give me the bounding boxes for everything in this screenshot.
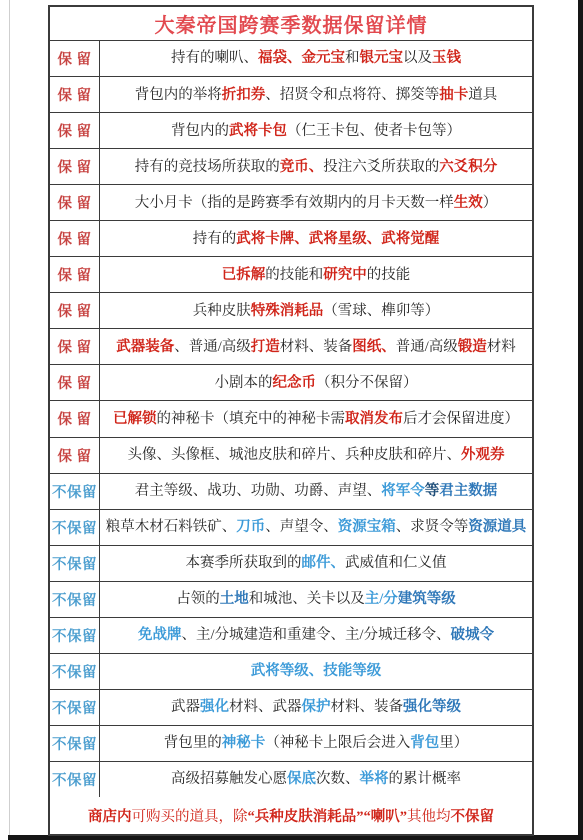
text-segment: 武将等级、技能等级: [251, 662, 382, 680]
text-segment: 本赛季所获取到的: [186, 554, 302, 572]
text-segment: （神秘卡上限后会进入: [265, 734, 410, 752]
retention-label-keep: 保 留: [50, 438, 100, 473]
text-segment: 以及: [403, 49, 432, 67]
table-row: 保 留背包内的举将折扣券、招贤令和点将符、掷筊等抽卡道具: [50, 77, 532, 113]
text-segment: 和城池、关卡以及: [249, 590, 365, 608]
row-description: 君主等级、战功、功勋、功爵、声望、将军令等君主数据: [100, 474, 532, 509]
row-description: 粮草木材石料铁矿、刀币、声望令、资源宝箱、求贤令等资源道具: [100, 510, 532, 545]
table-row: 不保留本赛季所获取到的邮件、武威值和仁义值: [50, 546, 532, 582]
text-segment: 六爻积分: [439, 158, 497, 176]
retention-label-not-keep: 不保留: [50, 510, 100, 545]
retention-label-keep: 保 留: [50, 401, 100, 436]
table-row: 保 留持有的竞技场所获取的竞币、投注六爻所获取的六爻积分: [50, 149, 532, 185]
text-segment: 纪念币: [273, 374, 317, 392]
text-segment: ）: [483, 194, 498, 212]
text-segment: 已拆解: [222, 266, 266, 284]
document-page: 大秦帝国跨赛季数据保留详情 保 留持有的喇叭、福袋、金元宝和银元宝以及玉钱保 留…: [0, 0, 583, 840]
row-description: 大小月卡（指的是跨赛季有效期内的月卡天数一样生效）: [100, 185, 532, 220]
text-segment: （积分不保留）: [316, 374, 418, 392]
row-description: 武器强化材料、武器保护材料、装备强化等级: [100, 690, 532, 725]
table-row: 保 留大小月卡（指的是跨赛季有效期内的月卡天数一样生效）: [50, 185, 532, 221]
text-segment: 持有的竞技场所获取的: [135, 158, 280, 176]
text-segment: 武将卡包: [229, 122, 287, 140]
retention-label-keep: 保 留: [50, 221, 100, 256]
text-segment: 刀币: [236, 518, 265, 536]
text-segment: 商店内: [88, 805, 132, 826]
text-segment: （仁王卡包、使者卡包等）: [287, 122, 461, 140]
text-segment: 生效: [454, 194, 483, 212]
retention-label-not-keep: 不保留: [50, 762, 100, 797]
scan-border-right: [578, 0, 583, 840]
text-segment: 君主等级、战功、功勋、功爵、声望、: [135, 482, 382, 500]
retention-label-keep: 保 留: [50, 329, 100, 364]
text-segment: 外观券: [461, 446, 505, 464]
text-segment: 将军令: [381, 482, 425, 500]
text-segment: 后才会保留进度）: [403, 410, 519, 428]
text-segment: 武威值和仁义值: [345, 554, 447, 572]
text-segment: 不保留: [451, 805, 495, 826]
text-segment: 粮草木材石料铁矿、: [106, 518, 237, 536]
text-segment: 其他均: [407, 805, 451, 826]
row-description: 武将等级、技能等级: [100, 654, 532, 689]
text-segment: 里）: [439, 734, 468, 752]
text-segment: 头像、头像框、城池皮肤和碎片、兵种皮肤和碎片、: [128, 446, 462, 464]
table-row: 不保留君主等级、战功、功勋、功爵、声望、将军令等君主数据: [50, 474, 532, 510]
text-segment: 锻造: [458, 338, 487, 356]
text-segment: 破城令: [451, 626, 495, 644]
text-segment: 折扣券: [222, 86, 266, 104]
table-row: 不保留免战牌、主/分城建造和重建令、主/分城迁移令、破城令: [50, 618, 532, 654]
text-segment: 福袋、金元宝: [258, 49, 345, 67]
text-segment: 持有的喇叭、: [171, 49, 258, 67]
text-segment: 的技能和: [265, 266, 323, 284]
retention-label-not-keep: 不保留: [50, 582, 100, 617]
table-title-row: 大秦帝国跨赛季数据保留详情: [50, 7, 532, 41]
text-segment: 普通/高级: [396, 338, 458, 356]
row-description: 已解锁的神秘卡（填充中的神秘卡需取消发布后才会保留进度）: [100, 401, 532, 436]
text-segment: “兵种皮肤消耗品”: [248, 805, 364, 826]
text-segment: 研究中: [323, 266, 367, 284]
text-segment: 的技能: [367, 266, 411, 284]
text-segment: 武器装备: [116, 338, 174, 356]
text-segment: （雪球、榫卯等）: [323, 302, 439, 320]
row-description: 背包内的举将折扣券、招贤令和点将符、掷筊等抽卡道具: [100, 77, 532, 112]
text-segment: 持有的: [193, 230, 237, 248]
row-description: 高级招募触发心愿保底次数、举将的累计概率: [100, 762, 532, 797]
text-segment: 竞币、: [280, 158, 324, 176]
row-description: 免战牌、主/分城建造和重建令、主/分城迁移令、破城令: [100, 618, 532, 653]
text-segment: 保护: [302, 698, 331, 716]
text-segment: 玉钱: [432, 49, 461, 67]
text-segment: 、招贤令和点将符、掷筊等: [265, 86, 439, 104]
row-description: 持有的武将卡牌、武将星级、武将觉醒: [100, 221, 532, 256]
retention-label-not-keep: 不保留: [50, 474, 100, 509]
table-row: 保 留已解锁的神秘卡（填充中的神秘卡需取消发布后才会保留进度）: [50, 401, 532, 437]
retention-label-keep: 保 留: [50, 149, 100, 184]
text-segment: 武器: [171, 698, 200, 716]
page-title: 大秦帝国跨赛季数据保留详情: [50, 9, 532, 38]
retention-label-not-keep: 不保留: [50, 726, 100, 761]
text-segment: 材料、武器: [229, 698, 302, 716]
text-segment: 大小月卡（指的是跨赛季有效期内的月卡天数一样: [135, 194, 454, 212]
row-description: 兵种皮肤特殊消耗品（雪球、榫卯等）: [100, 293, 532, 328]
table-row: 保 留武器装备、普通/高级打造材料、装备图纸、普通/高级锻造材料: [50, 329, 532, 365]
text-segment: 背包里的: [164, 734, 222, 752]
text-segment: 邮件、: [302, 554, 346, 572]
text-segment: 保底: [287, 770, 316, 788]
text-segment: 材料、装备: [280, 338, 353, 356]
text-segment: 君主数据: [439, 482, 497, 500]
text-segment: 可购买的道具，除: [132, 805, 248, 826]
retention-label-keep: 保 留: [50, 365, 100, 400]
text-segment: 高级招募触发心愿: [171, 770, 287, 788]
text-segment: 投注六爻所获取的: [323, 158, 439, 176]
text-segment: 图纸、: [352, 338, 396, 356]
table-footer-row: 商店内可购买的道具，除“兵种皮肤消耗品” “喇叭”其他均不保留: [50, 797, 532, 834]
row-description: 持有的喇叭、福袋、金元宝和银元宝以及玉钱: [100, 41, 532, 76]
table-row: 不保留背包里的神秘卡（神秘卡上限后会进入背包里）: [50, 726, 532, 762]
text-segment: 已解锁: [113, 410, 157, 428]
text-segment: “喇叭”: [364, 805, 408, 826]
text-segment: 特殊消耗品: [251, 302, 324, 320]
text-segment: 背包: [410, 734, 439, 752]
text-segment: 和: [345, 49, 360, 67]
text-segment: 背包内的举将: [135, 86, 222, 104]
text-segment: 道具: [468, 86, 497, 104]
text-segment: 强化: [200, 698, 229, 716]
text-segment: 取消发布: [345, 410, 403, 428]
text-segment: 主/分: [365, 590, 398, 608]
table-row: 保 留头像、头像框、城池皮肤和碎片、兵种皮肤和碎片、外观券: [50, 438, 532, 474]
retention-label-keep: 保 留: [50, 77, 100, 112]
text-segment: 建筑等级: [398, 590, 456, 608]
row-description: 武器装备、普通/高级打造材料、装备图纸、普通/高级锻造材料: [100, 329, 532, 364]
text-segment: 背包内的: [171, 122, 229, 140]
row-description: 背包里的神秘卡（神秘卡上限后会进入背包里）: [100, 726, 532, 761]
table-row: 不保留武将等级、技能等级: [50, 654, 532, 690]
row-description: 本赛季所获取到的邮件、武威值和仁义值: [100, 546, 532, 581]
retention-table: 大秦帝国跨赛季数据保留详情 保 留持有的喇叭、福袋、金元宝和银元宝以及玉钱保 留…: [48, 5, 534, 836]
row-description: 头像、头像框、城池皮肤和碎片、兵种皮肤和碎片、外观券: [100, 438, 532, 473]
text-segment: 小剧本的: [215, 374, 273, 392]
text-segment: 兵种皮肤: [193, 302, 251, 320]
table-row: 不保留高级招募触发心愿保底次数、举将的累计概率: [50, 762, 532, 797]
text-segment: 、主/分城建造和重建令、主/分城迁移令、: [181, 626, 450, 644]
text-segment: 抽卡: [439, 86, 468, 104]
table-row: 保 留背包内的武将卡包（仁王卡包、使者卡包等）: [50, 113, 532, 149]
text-segment: 材料: [487, 338, 516, 356]
text-segment: 资源道具: [468, 518, 526, 536]
table-row: 保 留持有的武将卡牌、武将星级、武将觉醒: [50, 221, 532, 257]
row-description: 背包内的武将卡包（仁王卡包、使者卡包等）: [100, 113, 532, 148]
table-row: 保 留已拆解的技能和研究中的技能: [50, 257, 532, 293]
text-segment: 次数、: [316, 770, 360, 788]
retention-label-not-keep: 不保留: [50, 654, 100, 689]
table-row: 保 留兵种皮肤特殊消耗品（雪球、榫卯等）: [50, 293, 532, 329]
text-segment: 强化等级: [403, 698, 461, 716]
text-segment: 免战牌: [138, 626, 182, 644]
row-description: 小剧本的纪念币（积分不保留）: [100, 365, 532, 400]
retention-label-keep: 保 留: [50, 41, 100, 76]
retention-label-keep: 保 留: [50, 113, 100, 148]
retention-label-keep: 保 留: [50, 293, 100, 328]
row-description: 占领的土地和城池、关卡以及主/分建筑等级: [100, 582, 532, 617]
text-segment: 的神秘卡（填充中的神秘卡需: [157, 410, 346, 428]
retention-label-keep: 保 留: [50, 185, 100, 220]
retention-label-keep: 保 留: [50, 257, 100, 292]
text-segment: 材料、装备: [331, 698, 404, 716]
text-segment: 、声望令、: [265, 518, 338, 536]
text-segment: 打造: [251, 338, 280, 356]
table-row: 保 留持有的喇叭、福袋、金元宝和银元宝以及玉钱: [50, 41, 532, 77]
table-row: 不保留武器强化材料、武器保护材料、装备强化等级: [50, 690, 532, 726]
text-segment: 神秘卡: [222, 734, 266, 752]
table-row: 不保留占领的土地和城池、关卡以及主/分建筑等级: [50, 582, 532, 618]
page-edge-line: [9, 0, 10, 840]
retention-label-not-keep: 不保留: [50, 618, 100, 653]
text-segment: 的累计概率: [389, 770, 462, 788]
retention-label-not-keep: 不保留: [50, 690, 100, 725]
text-segment: 资源宝箱: [338, 518, 396, 536]
text-segment: 举将: [360, 770, 389, 788]
table-row: 不保留粮草木材石料铁矿、刀币、声望令、资源宝箱、求贤令等资源道具: [50, 510, 532, 546]
retention-label-not-keep: 不保留: [50, 546, 100, 581]
text-segment: 、普通/高级: [174, 338, 251, 356]
row-description: 已拆解的技能和研究中的技能: [100, 257, 532, 292]
text-segment: 银元宝: [360, 49, 404, 67]
text-segment: 武将卡牌、武将星级、武将觉醒: [236, 230, 439, 248]
text-segment: 土地: [220, 590, 249, 608]
text-segment: 、求贤令等: [396, 518, 469, 536]
table-row: 保 留小剧本的纪念币（积分不保留）: [50, 365, 532, 401]
row-description: 持有的竞技场所获取的竞币、投注六爻所获取的六爻积分: [100, 149, 532, 184]
text-segment: 占领的: [176, 590, 220, 608]
footer-note: 商店内可购买的道具，除“兵种皮肤消耗品” “喇叭”其他均不保留: [50, 805, 532, 826]
text-segment: 等: [425, 482, 440, 500]
